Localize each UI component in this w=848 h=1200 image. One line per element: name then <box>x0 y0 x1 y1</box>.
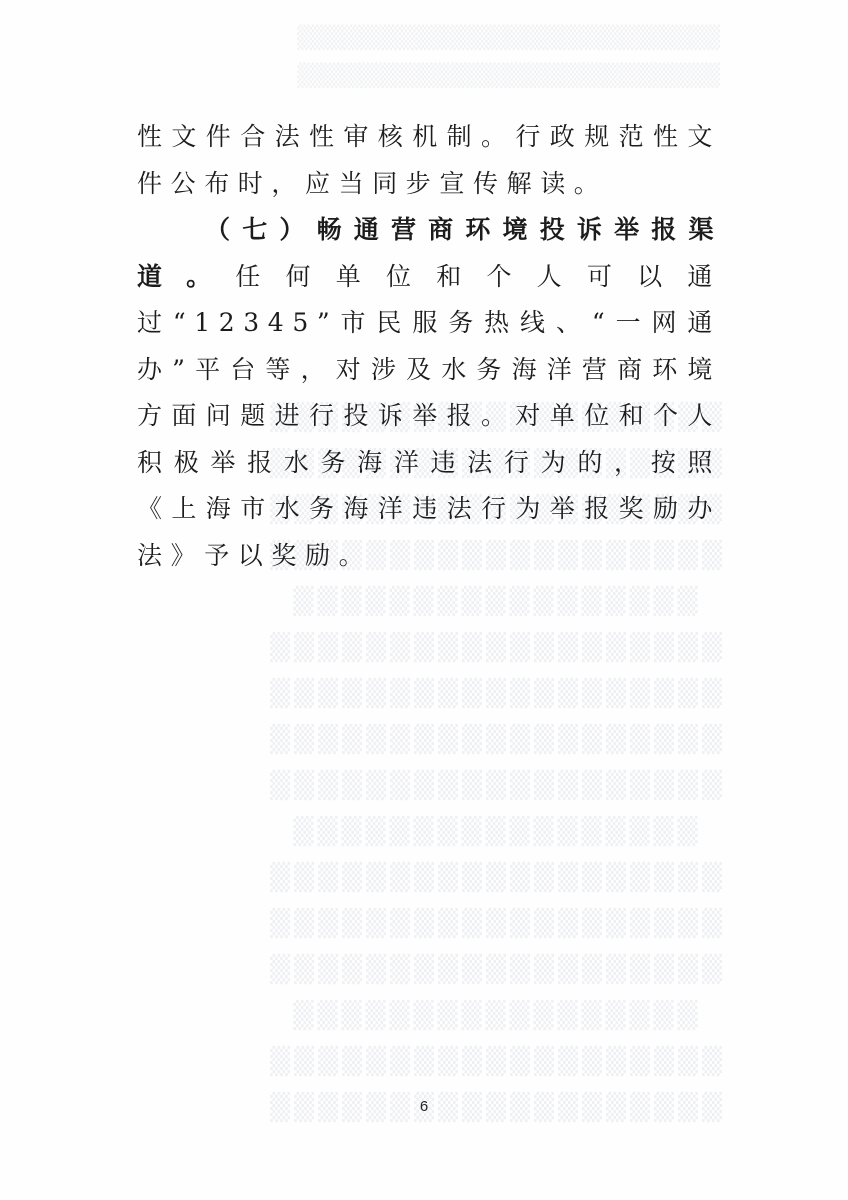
document-page: ▒▒▒▒▒▒▒▒▒▒▒▒▒▒▒▒▒▒▒▒▒▒▒▒▒ ▒▒▒▒▒▒▒▒▒▒▒▒▒▒… <box>0 0 848 1200</box>
page-number: 6 <box>0 1098 848 1115</box>
paragraph-text: 任何单位和个人可以通过“12345”市民服务热线、“一网通办”平台等，对涉及水务… <box>137 262 721 570</box>
paragraph-continuation: 性文件合法性审核机制。行政规范性文件公布时，应当同步宣传解读。 <box>137 114 721 207</box>
bleed-through-top: ▒▒▒▒▒▒▒▒▒▒▒▒▒▒▒▒▒▒▒▒▒▒▒▒▒ ▒▒▒▒▒▒▒▒▒▒▒▒▒▒… <box>140 20 720 96</box>
paragraph-section-7: （七）畅通营商环境投诉举报渠道。任何单位和个人可以通过“12345”市民服务热线… <box>137 207 721 579</box>
paragraph-text: 性文件合法性审核机制。行政规范性文件公布时，应当同步宣传解读。 <box>137 122 721 198</box>
document-body: 性文件合法性审核机制。行政规范性文件公布时，应当同步宣传解读。 （七）畅通营商环… <box>137 114 721 579</box>
